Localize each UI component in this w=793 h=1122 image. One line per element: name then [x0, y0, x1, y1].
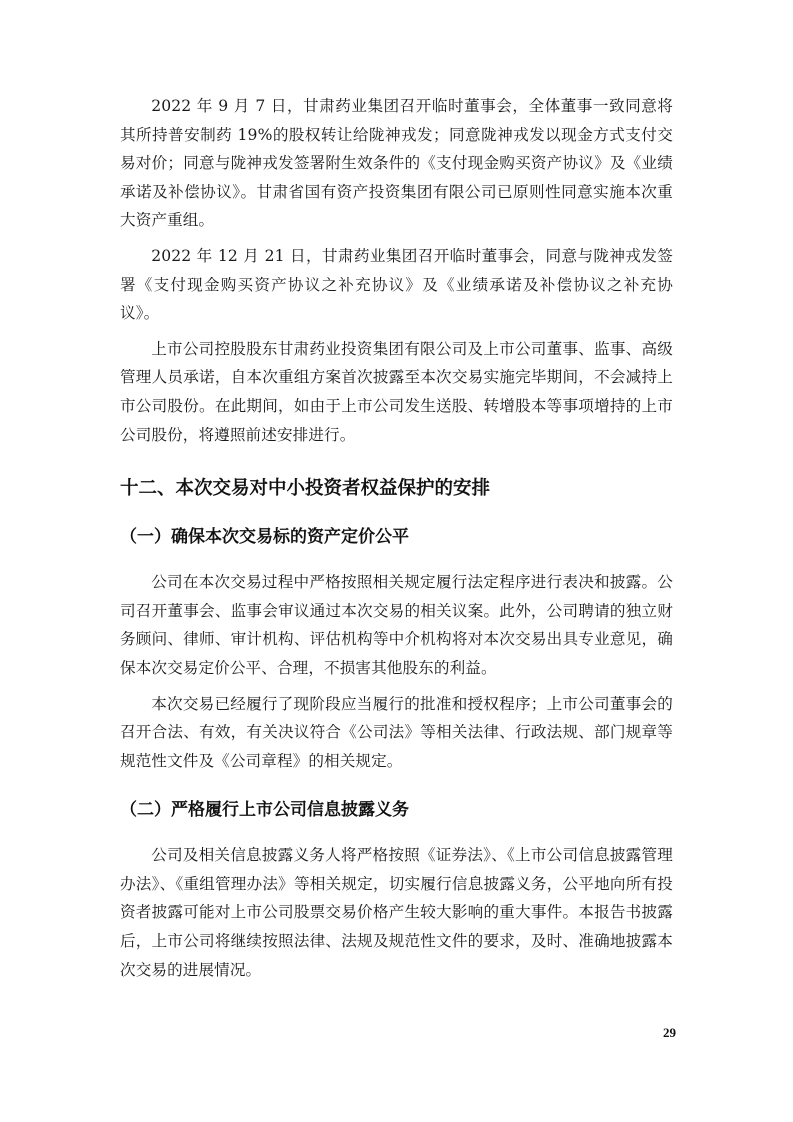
paragraph-shareholder-commitment: 上市公司控股股东甘肃药业投资集团有限公司及上市公司董事、监事、高级管理人员承诺，…: [120, 335, 673, 449]
document-page: 2022 年 9 月 7 日，甘肃药业集团召开临时董事会，全体董事一致同意将其所…: [0, 0, 793, 1122]
subsection-heading-pricing: （一）确保本次交易标的资产定价公平: [120, 525, 673, 549]
page-content: 2022 年 9 月 7 日，甘肃药业集团召开临时董事会，全体董事一致同意将其所…: [120, 92, 673, 991]
paragraph-approval-status: 本次交易已经履行了现阶段应当履行的批准和授权程序；上市公司董事会的召开合法、有效…: [120, 690, 673, 776]
paragraph-disclosure-obligation: 公司及相关信息披露义务人将严格按照《证券法》、《上市公司信息披露管理办法》、《重…: [120, 841, 673, 984]
paragraph-pricing-procedure: 公司在本次交易过程中严格按照相关规定履行法定程序进行表决和披露。公司召开董事会、…: [120, 568, 673, 682]
subsection-heading-disclosure: （二）严格履行上市公司信息披露义务: [120, 798, 673, 822]
section-heading: 十二、本次交易对中小投资者权益保护的安排: [120, 476, 673, 502]
page-number: 29: [640, 1025, 676, 1041]
paragraph-board-meeting-dec: 2022 年 12 月 21 日，甘肃药业集团召开临时董事会，同意与陇神戎发签署…: [120, 242, 673, 328]
paragraph-board-meeting-sept: 2022 年 9 月 7 日，甘肃药业集团召开临时董事会，全体董事一致同意将其所…: [120, 92, 673, 235]
